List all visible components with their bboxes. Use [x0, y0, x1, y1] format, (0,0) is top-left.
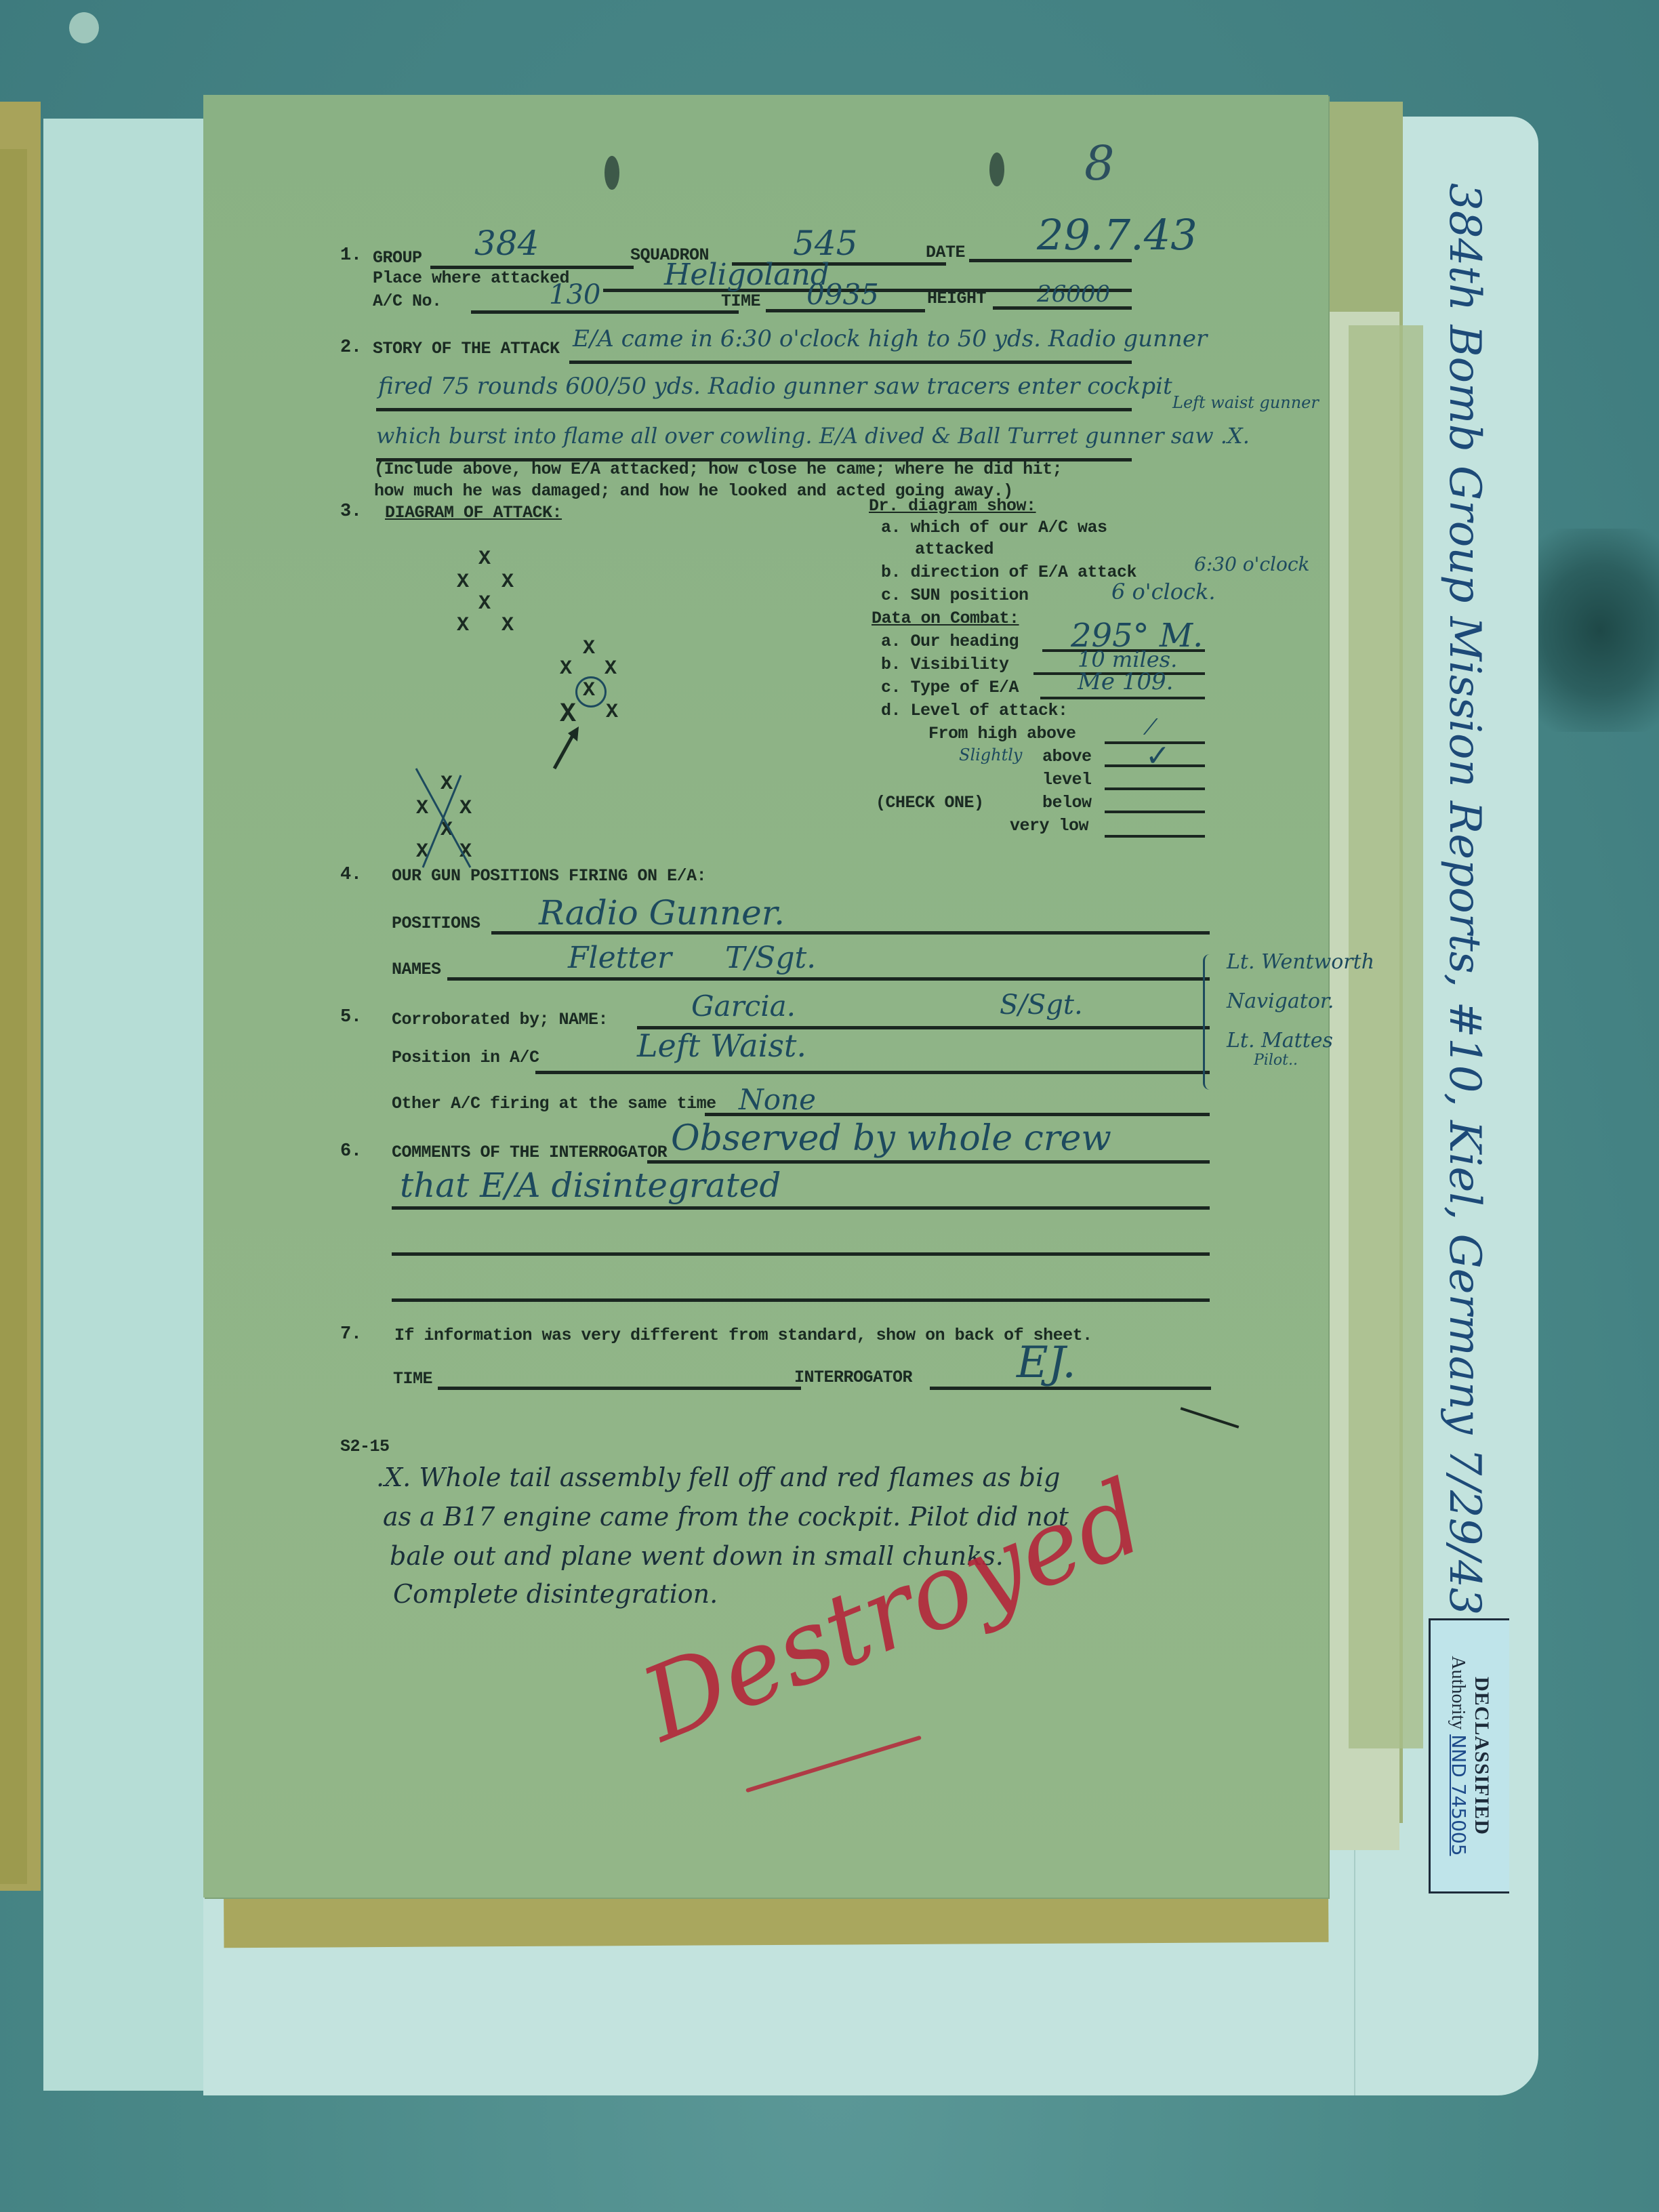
level-option-level: level	[1042, 770, 1092, 790]
standard-info-note: If information was very different from s…	[394, 1326, 1092, 1345]
diagram-item-c: c. SUN position	[881, 586, 1029, 605]
aircraft-mark: X	[501, 571, 514, 594]
corroborated-rank: S/Sgt.	[1000, 989, 1083, 1021]
declassified-stamp: DECLASSIFIED Authority NND 745005	[1429, 1618, 1509, 1893]
ac-number-label: A/C No.	[373, 291, 442, 311]
level-label: d. Level of attack:	[881, 701, 1068, 720]
section-number: 1.	[340, 245, 361, 266]
height-value: 26000	[1037, 281, 1110, 308]
level-checkbox-line[interactable]	[1105, 811, 1205, 813]
place-label: Place where attacked	[373, 268, 569, 288]
group-value: 384	[474, 224, 539, 263]
ac-number-field-line	[471, 310, 739, 314]
aircraft-mark: X	[478, 592, 491, 615]
group-label: GROUP	[373, 248, 422, 268]
section-number: 2.	[340, 337, 361, 358]
form-number: S2-15	[340, 1437, 390, 1456]
crossed-out-formation-icon	[413, 766, 481, 874]
crew-name-note: Navigator.	[1227, 989, 1334, 1013]
aircraft-mark: X	[457, 571, 469, 594]
check-one-label: (CHECK ONE)	[876, 793, 984, 813]
section-number: 7.	[340, 1324, 361, 1345]
diagram-item-a2: attacked	[915, 539, 994, 559]
section-number: 4.	[340, 865, 361, 885]
diagram-label: DIAGRAM OF ATTACK:	[385, 503, 562, 523]
visibility-label: b. Visibility	[881, 655, 1009, 674]
section-number: 6.	[340, 1141, 361, 1162]
gun-positions-label: OUR GUN POSITIONS FIRING ON E/A:	[392, 866, 706, 886]
interrogator-label: INTERROGATOR	[794, 1368, 912, 1387]
aircraft-mark: X	[501, 614, 514, 637]
combat-data-label: Data on Combat:	[872, 609, 1019, 628]
positions-value: Radio Gunner.	[539, 893, 785, 933]
comments-line	[392, 1298, 1210, 1302]
position-field-line	[535, 1071, 1210, 1074]
declassified-title: DECLASSIFIED	[1470, 1677, 1493, 1835]
level-prefix-note: Slightly	[959, 745, 1023, 764]
sun-position-value: 6 o'clock.	[1111, 579, 1216, 605]
date-label: DATE	[926, 243, 965, 262]
position-in-ac-value: Left Waist.	[637, 1027, 806, 1064]
combat-report-page: 8 1. GROUP 384 SQUADRON 545 DATE 29.7.43…	[203, 95, 1328, 1898]
aircraft-mark: X	[478, 548, 491, 571]
position-in-ac-label: Position in A/C	[392, 1048, 539, 1067]
aircraft-mark: X	[583, 637, 595, 660]
diagram-show-label: Dr. diagram show:	[869, 496, 1036, 516]
level-checkbox-line[interactable]	[1105, 835, 1205, 838]
story-text: fired 75 rounds 600/50 yds. Radio gunner…	[378, 373, 1172, 400]
page-number-mark: 8	[1084, 136, 1115, 191]
crew-name-note: Lt. Wentworth	[1227, 950, 1374, 974]
aircraft-mark: X	[605, 657, 617, 680]
corroborated-name-value: Garcia.	[691, 989, 796, 1023]
names-value: Fletter	[568, 941, 672, 975]
ac-number-value: 130	[549, 279, 600, 310]
height-label: HEIGHT	[927, 289, 986, 308]
comments-line	[392, 1252, 1210, 1256]
story-text: which burst into flame all over cowling.…	[376, 423, 1250, 449]
story-label: STORY OF THE ATTACK	[373, 339, 560, 359]
diagram-item-b: b. direction of E/A attack	[881, 562, 1136, 582]
positions-label: POSITIONS	[392, 914, 480, 933]
declassified-authority: Authority NND 745005	[1447, 1656, 1470, 1856]
heading-label: a. Our heading	[881, 632, 1019, 651]
story-line	[569, 361, 1132, 364]
other-ac-firing-label: Other A/C firing at the same time	[392, 1094, 716, 1113]
attacked-aircraft-circle	[575, 676, 607, 708]
footnote-line: Complete disintegration.	[393, 1579, 718, 1609]
crew-name-note: Pilot..	[1254, 1052, 1298, 1069]
comments-text: Observed by whole crew	[671, 1118, 1111, 1159]
comments-line	[647, 1160, 1210, 1164]
corroborated-label: Corroborated by; NAME:	[392, 1010, 608, 1029]
level-checkbox-line[interactable]	[1105, 787, 1205, 790]
interrogator-signature: EJ.	[1017, 1338, 1076, 1388]
story-line	[376, 408, 1132, 411]
section-number: 5.	[340, 1007, 361, 1027]
folder-side-label: 384th Bomb Group Mission Reports, #10, K…	[1408, 183, 1490, 1416]
names-bracket	[1203, 954, 1214, 1090]
other-ac-firing-value: None	[739, 1083, 816, 1116]
names-label: NAMES	[392, 960, 441, 979]
level-option-very-low: very low	[1010, 816, 1088, 836]
place-value: Heligoland	[664, 258, 829, 292]
time-value: 0935	[806, 278, 879, 311]
section-number: 3.	[340, 501, 361, 522]
crew-name-note: Lt. Mattes	[1227, 1029, 1333, 1052]
footnote-line: .X. Whole tail assembly fell off and red…	[376, 1462, 1061, 1492]
attack-direction-value: 6:30 o'clock	[1194, 553, 1309, 575]
comments-line	[392, 1206, 1210, 1210]
authority-value: NND 745005	[1448, 1734, 1470, 1856]
interrogation-time-label: TIME	[393, 1369, 432, 1389]
aircraft-mark: X	[606, 701, 618, 724]
attack-arrow-icon	[549, 725, 583, 773]
story-margin-note: Left waist gunner	[1172, 393, 1319, 412]
ea-type-label: c. Type of E/A	[881, 678, 1019, 697]
authority-label: Authority	[1448, 1656, 1469, 1729]
ea-type-value: Me 109.	[1078, 668, 1173, 695]
interrogator-comments-label: COMMENTS OF THE INTERROGATOR	[392, 1143, 667, 1162]
level-option-below: below	[1042, 793, 1092, 813]
level-check-mark: ⁄	[1149, 714, 1152, 740]
diagram-item-a: a. which of our A/C was	[881, 518, 1107, 537]
ea-type-field-line	[1040, 697, 1205, 699]
table-mark	[69, 12, 99, 43]
level-option-above: above	[1042, 747, 1092, 766]
adjacent-folder-edge	[0, 149, 27, 1884]
story-instructions: (Include above, how E/A attacked; how cl…	[374, 459, 1062, 479]
aircraft-mark: X	[560, 657, 572, 680]
level-option-high-above: From high above	[928, 724, 1076, 743]
names-field-line	[447, 977, 1210, 981]
punch-hole	[989, 152, 1004, 186]
adjacent-folder-sheet	[43, 119, 206, 2091]
level-check-mark: ✓	[1145, 739, 1170, 773]
interrogation-time-field	[438, 1387, 801, 1390]
names-rank: T/Sgt.	[725, 941, 816, 975]
punch-hole	[605, 156, 619, 190]
aircraft-mark: X	[457, 614, 469, 637]
time-label: TIME	[721, 291, 760, 311]
comments-text: that E/A disintegrated	[400, 1166, 781, 1205]
story-text: E/A came in 6:30 o'clock high to 50 yds.…	[573, 325, 1207, 352]
date-value: 29.7.43	[1037, 210, 1197, 260]
